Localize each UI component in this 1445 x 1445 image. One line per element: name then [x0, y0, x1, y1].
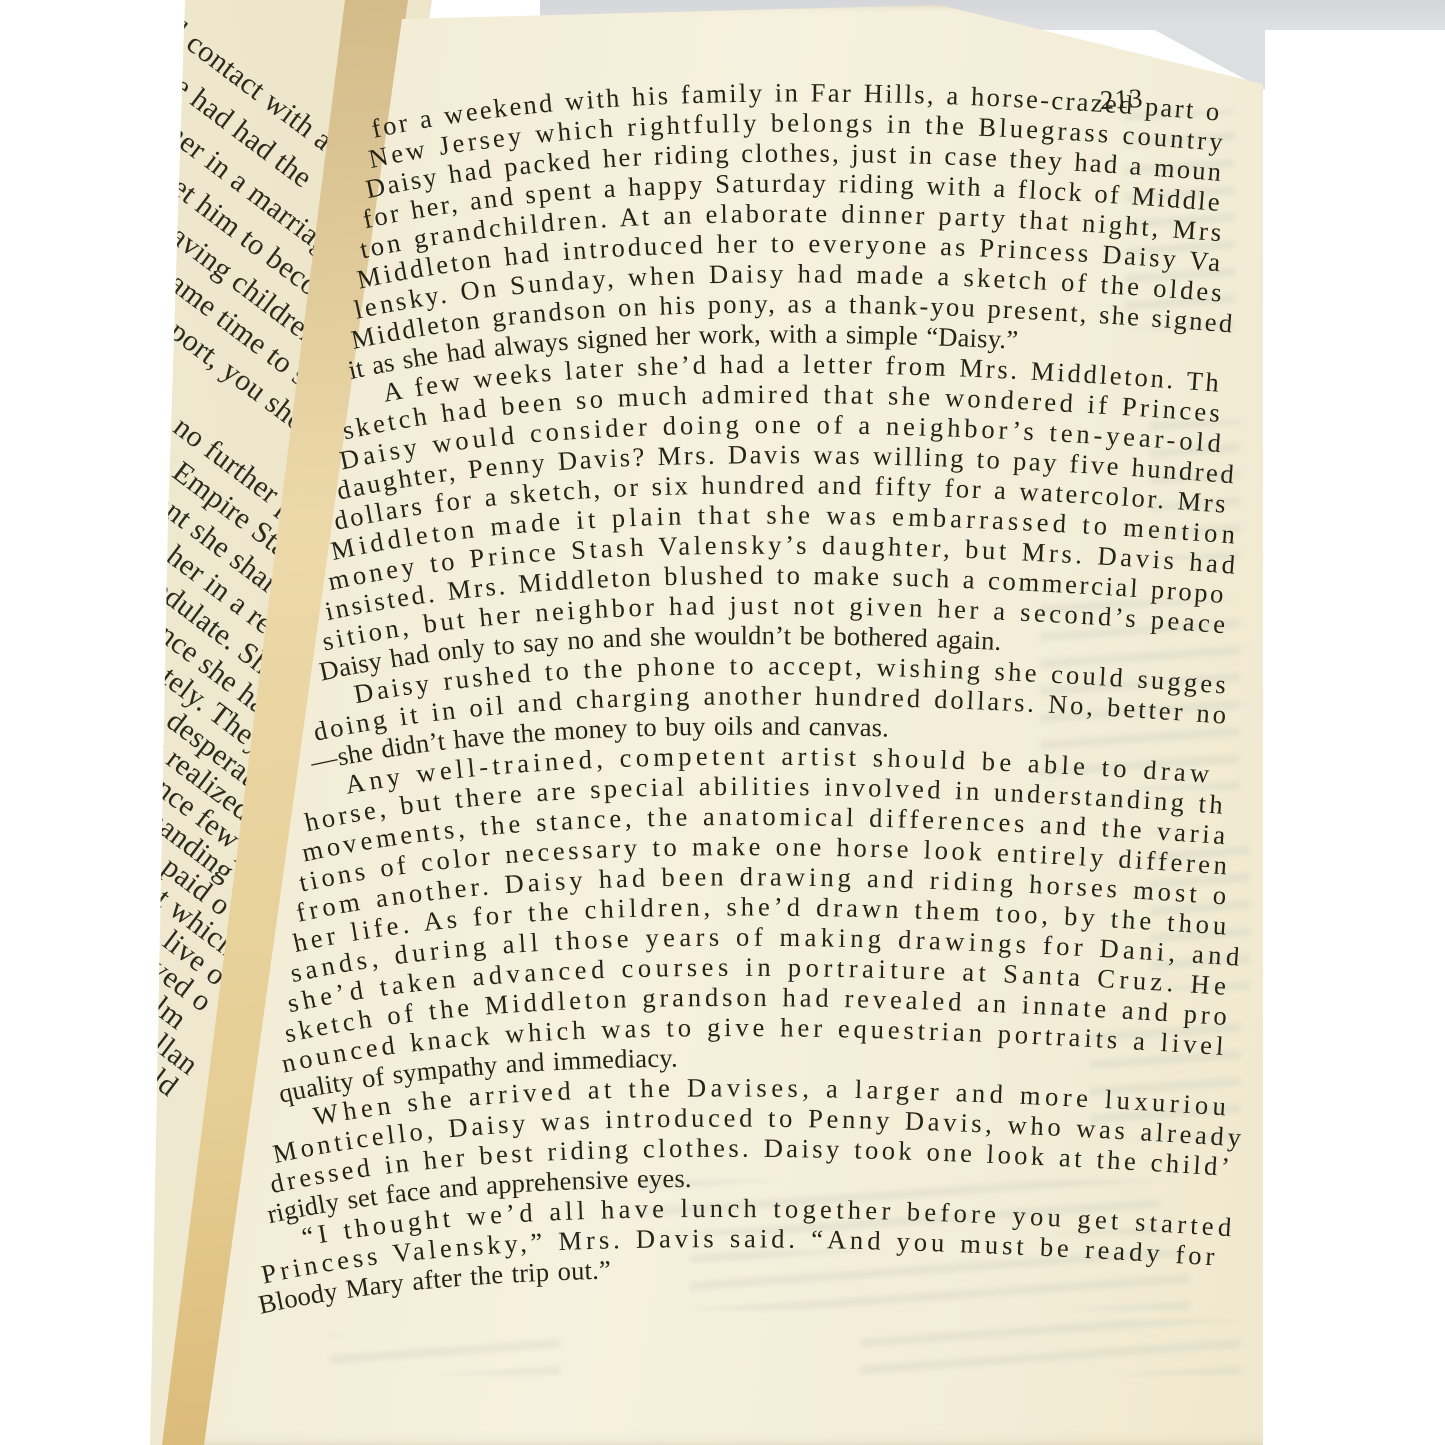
book-photo: al contact with ahe had had theiner in a… — [0, 0, 1445, 1445]
page-number: 213 — [1099, 83, 1144, 116]
